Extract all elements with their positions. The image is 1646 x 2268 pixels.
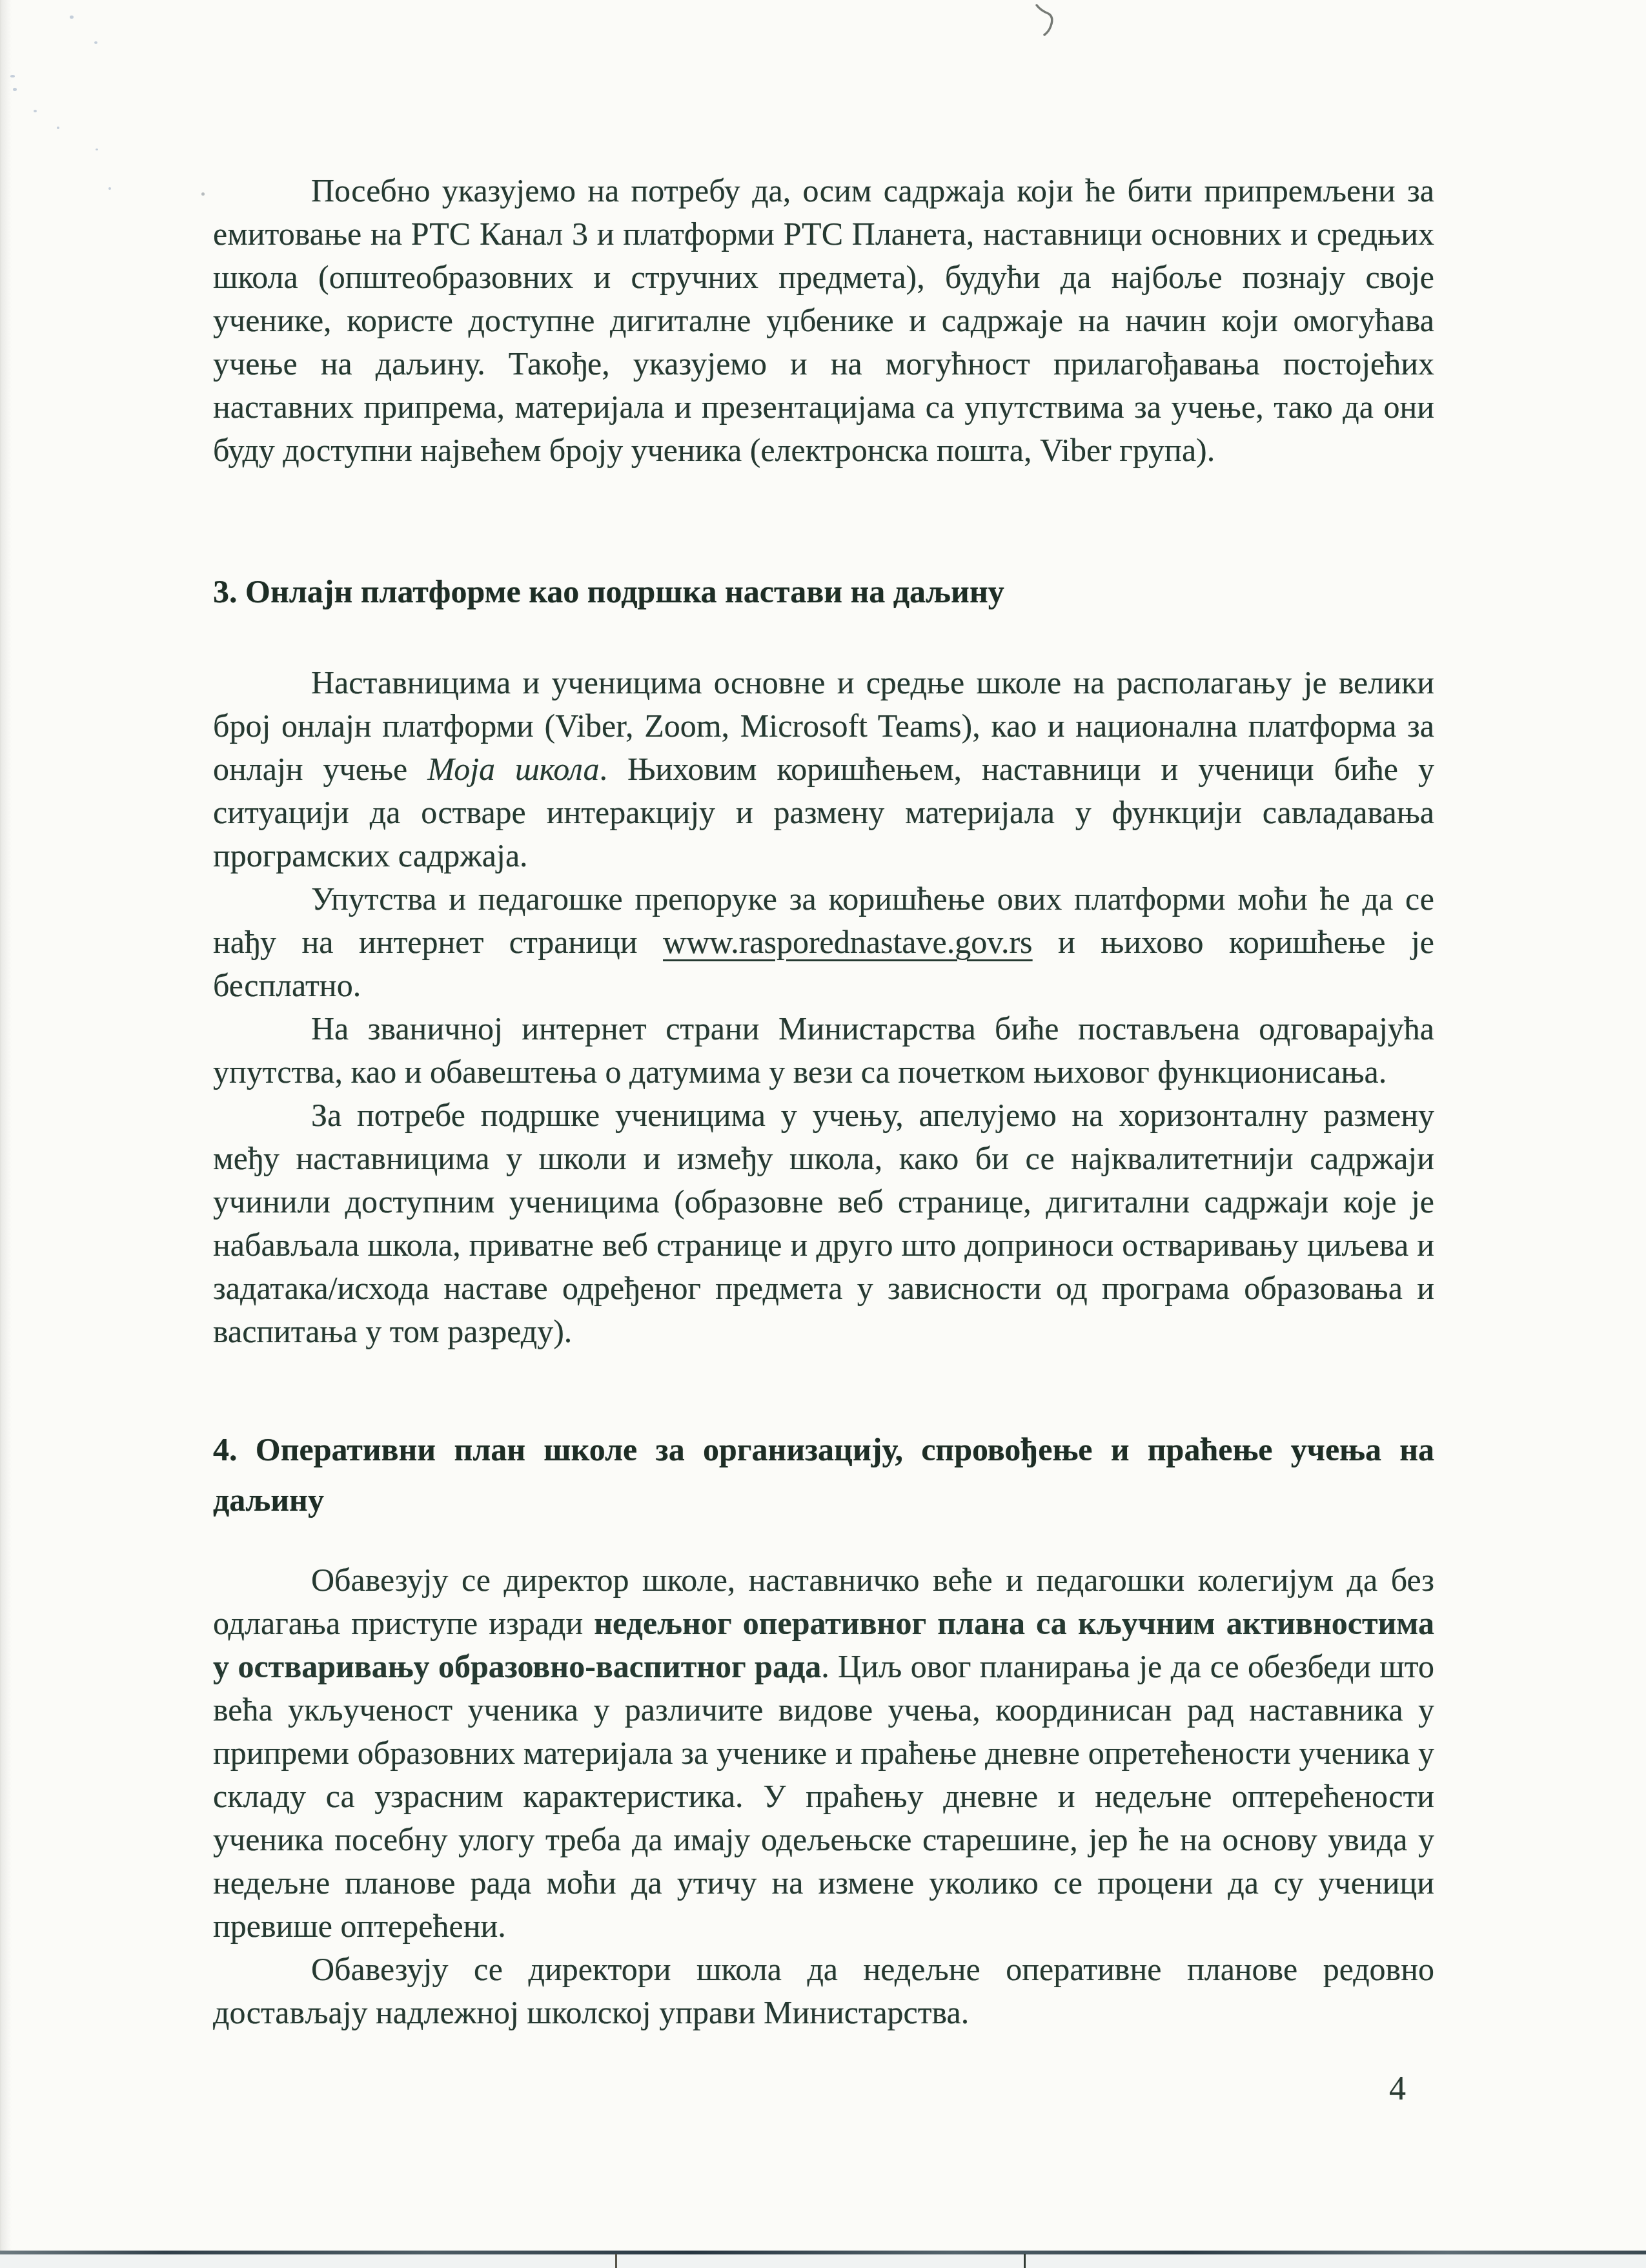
section-3-paragraph-4: За потребе подршке ученицима у учењу, ап… (213, 1094, 1434, 1353)
page-number: 4 (1389, 2070, 1406, 2109)
document-body: Посебно указујемо на потребу да, осим са… (213, 0, 1434, 2034)
scan-background-strip (0, 2254, 1646, 2268)
scan-underlying-page-edge (615, 2254, 617, 2268)
section-4-paragraph-1: Обавезују се директор школе, наставничко… (213, 1558, 1434, 1948)
paragraph-intro: Посебно указујемо на потребу да, осим са… (213, 169, 1434, 472)
scan-speck (57, 127, 59, 129)
scan-speck (70, 15, 74, 19)
section-3-paragraph-2: Упутства и педагошке препоруке за коришћ… (213, 877, 1434, 1007)
section-4-paragraph-2: Обавезују се директори школа да недељне … (213, 1948, 1434, 2034)
scan-speck (201, 192, 205, 196)
scan-edge-shading (0, 0, 12, 2268)
section-3-paragraph-3: На званичној интернет страни Министарств… (213, 1007, 1434, 1094)
scan-speck (94, 41, 97, 44)
section-3-paragraph-1: Наставницима и ученицима основне и средњ… (213, 661, 1434, 877)
scanned-document-page: Посебно указујемо на потребу да, осим са… (0, 0, 1646, 2268)
scan-speck (96, 148, 98, 150)
platform-name-italic: Моја школа (427, 751, 599, 787)
scan-underlying-page-edge (1024, 2254, 1026, 2268)
section-4-heading: 4. Оперативни план школе за организацију… (213, 1424, 1434, 1525)
paragraph-text: . Циљ овог планирања је да се обезбеди ш… (213, 1648, 1434, 1944)
scan-speck (34, 110, 37, 112)
section-3-heading: 3. Онлајн платформе као подршка настави … (213, 570, 1434, 613)
scan-speck (108, 187, 111, 190)
scan-speck (10, 75, 15, 77)
scan-speck (13, 88, 17, 91)
url-text: www.rasporednastave.gov.rs (663, 924, 1033, 960)
